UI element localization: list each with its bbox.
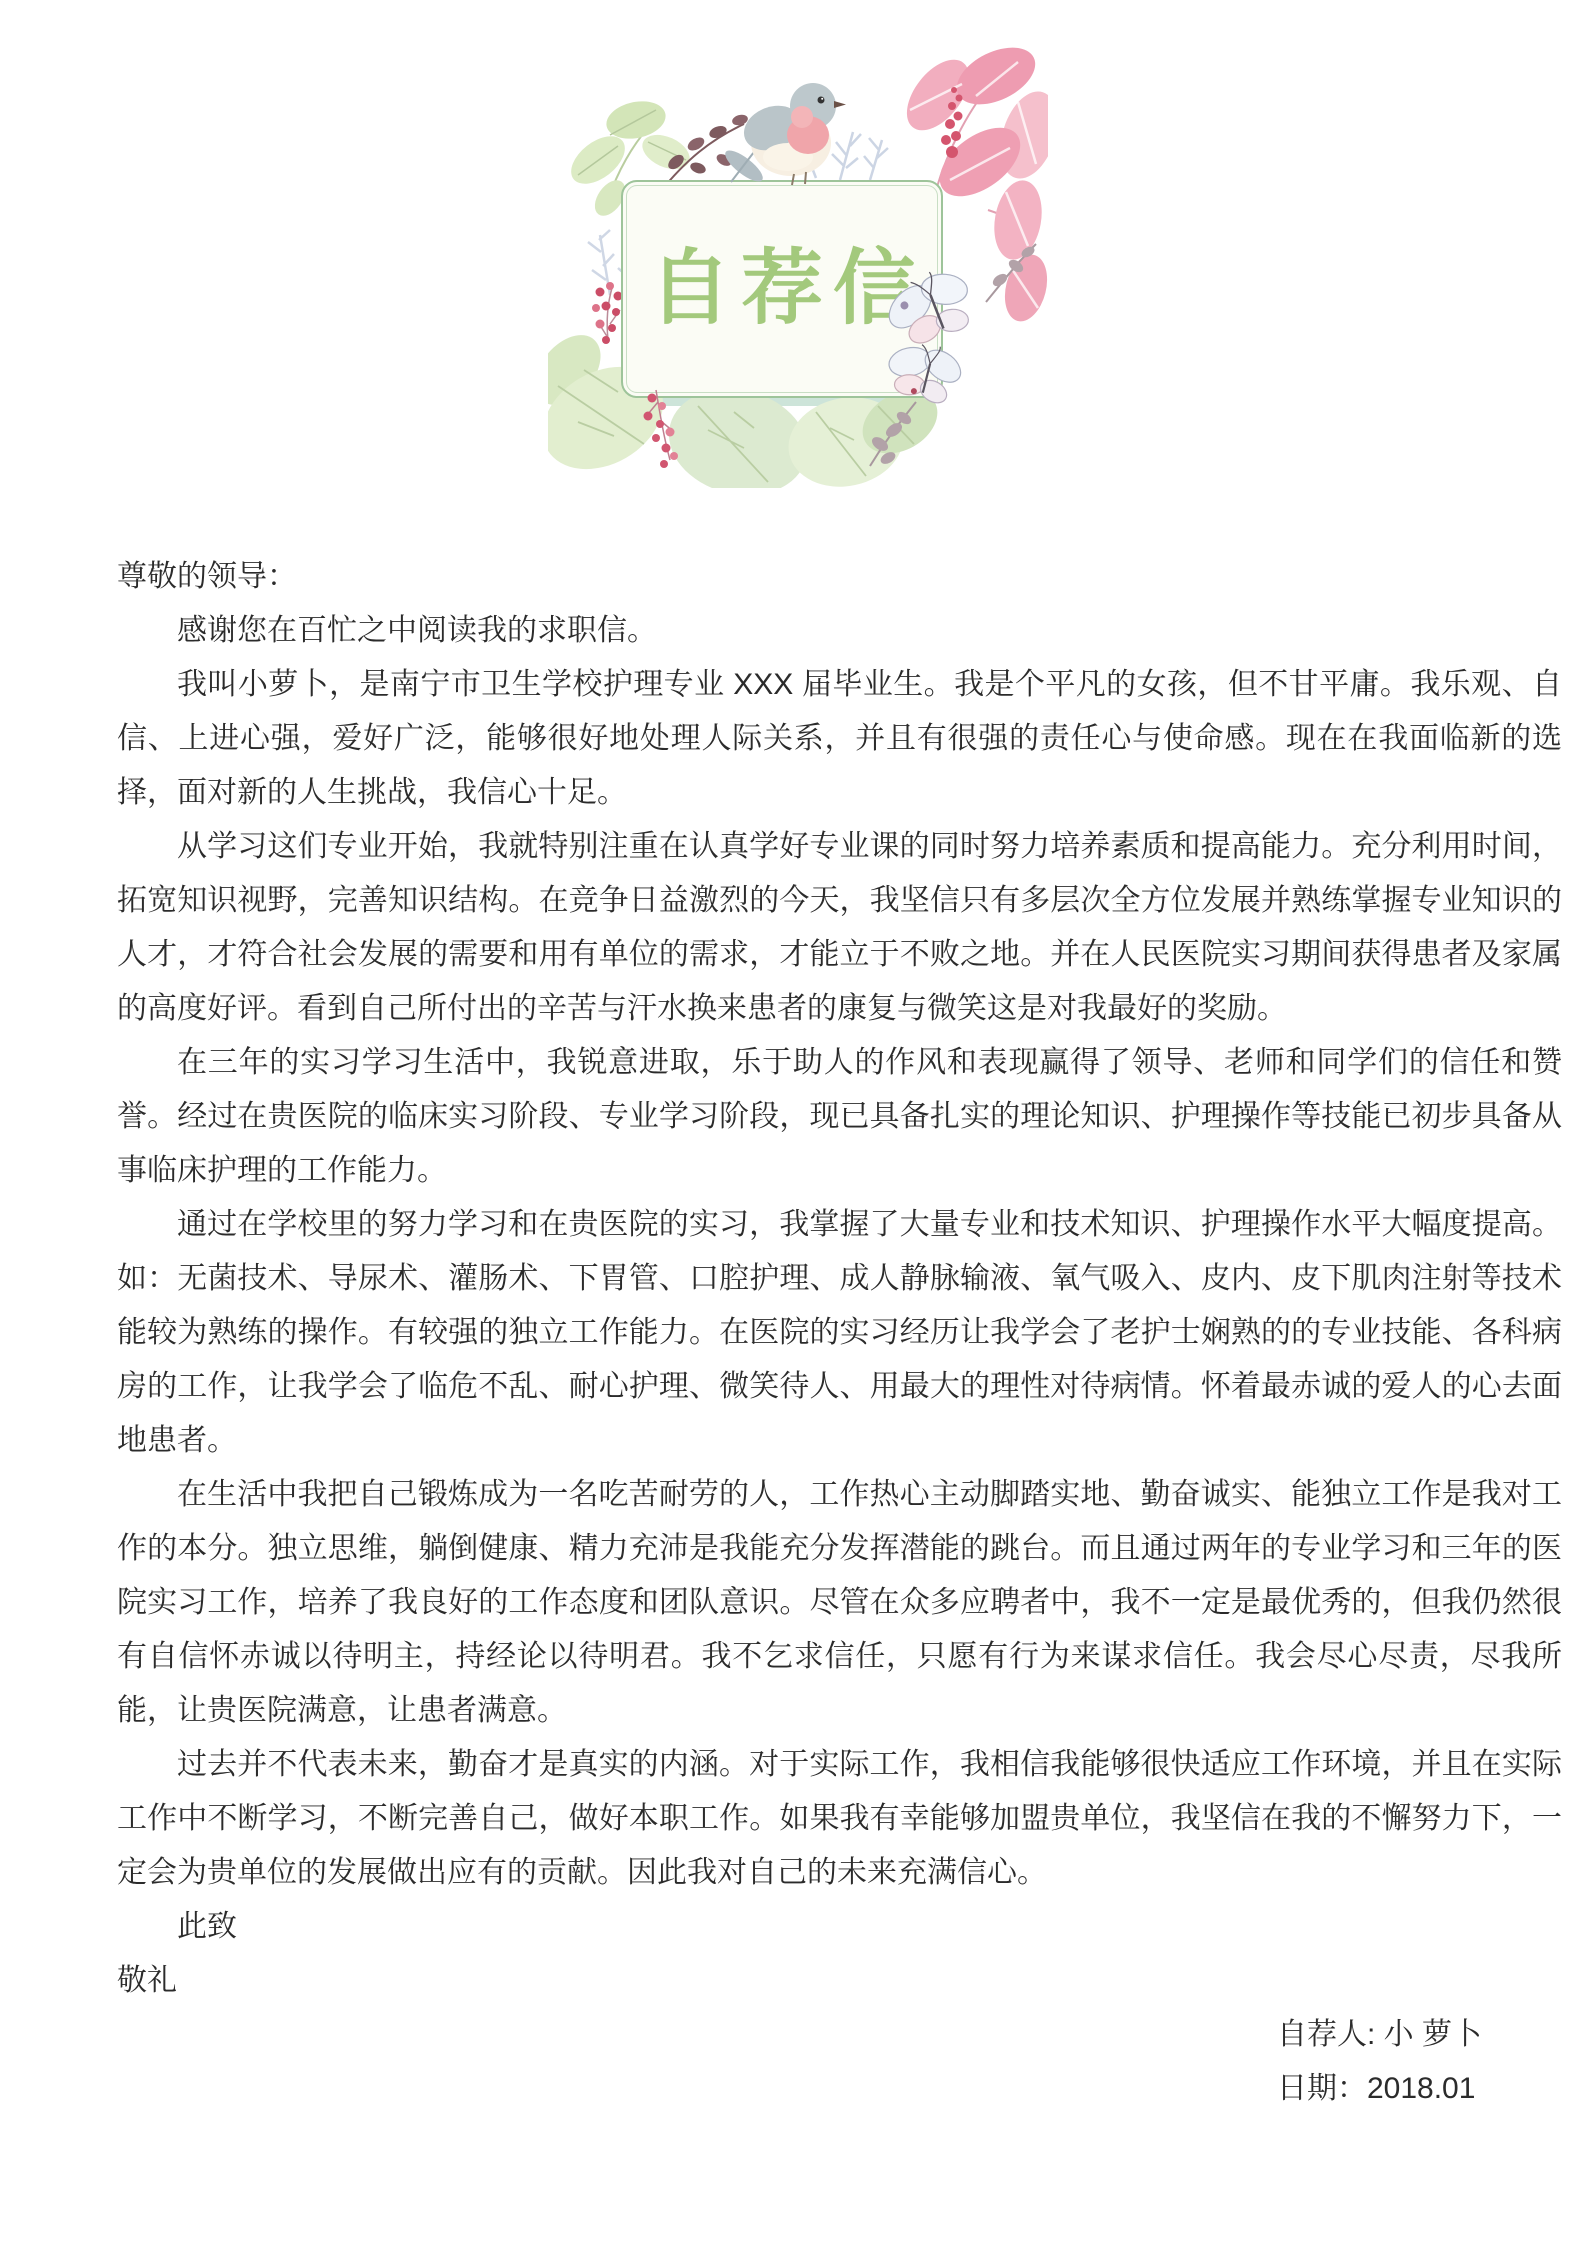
date-line: 日期：2018.01 — [1277, 2062, 1482, 2116]
document-page: 自荐信 — [0, 0, 1587, 2245]
letter-paragraph: 我叫小萝卜，是南宁市卫生学校护理专业 XXX 届毕业生。我是个平凡的女孩，但不甘… — [0, 658, 1587, 820]
letter-paragraph: 通过在学校里的努力学习和在贵医院的实习，我掌握了大量专业和技术知识、护理操作水平… — [0, 1198, 1587, 1468]
letter-paragraph: 感谢您在百忙之中阅读我的求职信。 — [0, 604, 1587, 658]
butterfly-upper — [873, 260, 985, 356]
salutation: 尊敬的领导： — [0, 550, 1587, 604]
closing-jingli: 敬礼 — [0, 1954, 1587, 2008]
bird-illustration — [721, 83, 846, 186]
letter-paragraph: 在生活中我把自己锻炼成为一名吃苦耐劳的人，工作热心主动脚踏实地、勤奋诚实、能独立… — [0, 1468, 1587, 1738]
signature-block: 自荐人: 小 萝卜 日期：2018.01 — [1277, 2008, 1482, 2116]
signer-line: 自荐人: 小 萝卜 — [1277, 2008, 1482, 2062]
letter-paragraph: 过去并不代表未来，勤奋才是真实的内涵。对于实际工作，我相信我能够很快适应工作环境… — [0, 1738, 1587, 1900]
closing-cizhi: 此致 — [0, 1900, 1587, 1954]
letter-body: 尊敬的领导： 感谢您在百忙之中阅读我的求职信。 我叫小萝卜，是南宁市卫生学校护理… — [0, 550, 1587, 2116]
butterfly-lower — [876, 331, 971, 411]
berry-string — [644, 390, 679, 468]
header-decoration: 自荐信 — [548, 40, 1048, 488]
letter-paragraph: 在三年的实习学习生活中，我锐意进取，乐于助人的作风和表现赢得了领导、老师和同学们… — [0, 1036, 1587, 1198]
wreath-foreground — [548, 40, 1048, 488]
letter-paragraph: 从学习这们专业开始，我就特别注重在认真学好专业课的同时努力培养素质和提高能力。充… — [0, 820, 1587, 1036]
